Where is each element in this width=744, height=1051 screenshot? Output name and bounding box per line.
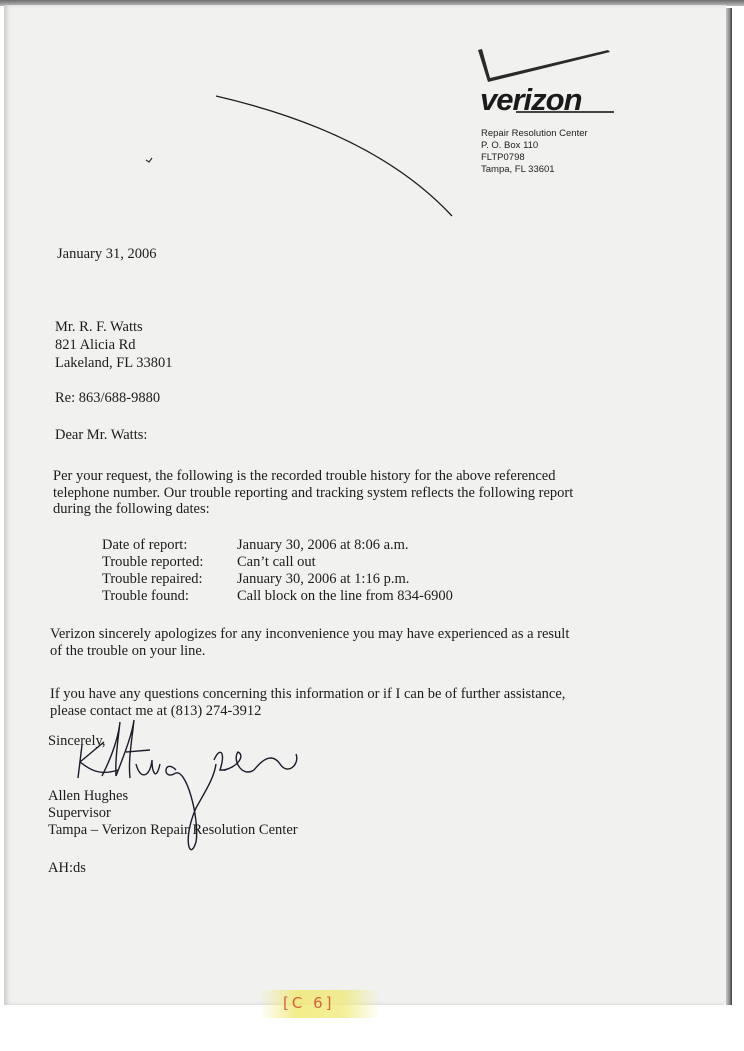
- recipient-line: Lakeland, FL 33801: [55, 354, 172, 372]
- recipient-line: Mr. R. F. Watts: [55, 318, 172, 336]
- recipient-address: Mr. R. F. Watts 821 Alicia Rd Lakeland, …: [55, 318, 172, 372]
- salutation: Dear Mr. Watts:: [55, 427, 147, 444]
- paragraph-line: Per your request, the following is the r…: [53, 468, 573, 485]
- detail-label: Date of report:: [102, 537, 237, 554]
- logo-underline-icon: [516, 110, 616, 116]
- detail-row: Trouble repaired: January 30, 2006 at 1:…: [102, 571, 453, 588]
- detail-label: Trouble repaired:: [102, 571, 237, 588]
- detail-value: Can’t call out: [237, 554, 316, 571]
- detail-label: Trouble reported:: [102, 554, 237, 571]
- detail-row: Trouble found: Call block on the line fr…: [102, 588, 453, 605]
- detail-row: Date of report: January 30, 2006 at 8:06…: [102, 537, 453, 554]
- paragraph-line: If you have any questions concerning thi…: [50, 686, 565, 703]
- address-line: P. O. Box 110: [481, 140, 588, 152]
- detail-value: January 30, 2006 at 1:16 p.m.: [237, 571, 409, 588]
- signer-organization: Tampa – Verizon Repair Resolution Center: [48, 822, 298, 839]
- address-line: FLTP0798: [481, 152, 588, 164]
- paragraph-line: telephone number. Our trouble reporting …: [53, 485, 573, 502]
- detail-value: January 30, 2006 at 8:06 a.m.: [237, 537, 409, 554]
- signer-title: Supervisor: [48, 805, 298, 822]
- paragraph-line: please contact me at (813) 274-3912: [50, 703, 565, 720]
- scan-right-edge: [726, 8, 732, 1006]
- closing: Sincerely,: [48, 733, 105, 750]
- trouble-details: Date of report: January 30, 2006 at 8:06…: [102, 537, 453, 605]
- detail-label: Trouble found:: [102, 588, 237, 605]
- page-mark: [C 6]: [283, 994, 335, 1012]
- reference-line: Re: 863/688-9880: [55, 390, 160, 407]
- paragraph-line: Verizon sincerely apologizes for any inc…: [50, 626, 569, 643]
- address-line: Tampa, FL 33601: [481, 164, 588, 176]
- signer-name: Allen Hughes: [48, 788, 298, 805]
- paragraph-apology: Verizon sincerely apologizes for any inc…: [50, 626, 569, 659]
- paragraph-contact: If you have any questions concerning thi…: [50, 686, 565, 719]
- signer-block: Allen Hughes Supervisor Tampa – Verizon …: [48, 788, 298, 839]
- typist-initials: AH:ds: [48, 860, 86, 877]
- letterhead-address: Repair Resolution Center P. O. Box 110 F…: [481, 128, 588, 176]
- letter-date: January 31, 2006: [57, 246, 156, 263]
- detail-value: Call block on the line from 834-6900: [237, 588, 453, 605]
- detail-row: Trouble reported: Can’t call out: [102, 554, 453, 571]
- paragraph-line: of the trouble on your line.: [50, 643, 569, 660]
- paragraph-line: during the following dates:: [53, 501, 573, 518]
- address-line: Repair Resolution Center: [481, 128, 588, 140]
- paragraph-request: Per your request, the following is the r…: [53, 468, 573, 518]
- recipient-line: 821 Alicia Rd: [55, 336, 172, 354]
